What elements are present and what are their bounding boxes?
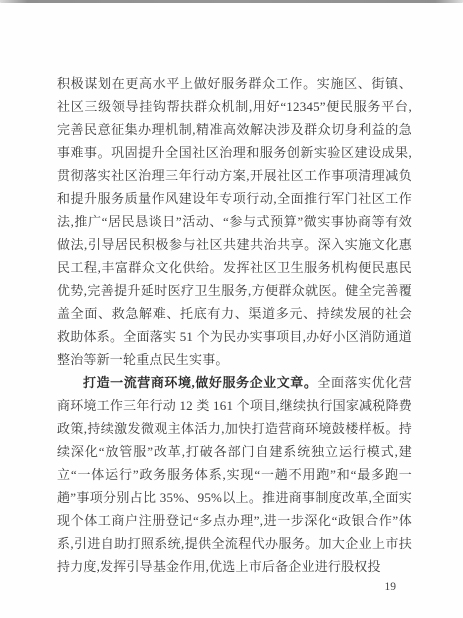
paragraph-bold-lead: 打造一流营商环境,做好服务企业文章。: [83, 375, 317, 390]
paragraph-body-text: 全面落实优化营商环境工作三年行动 12 类 161 个项目,继续执行国家减税降费…: [57, 375, 412, 574]
document-page: 积极谋划在更高水平上做好服务群众工作。实施区、街镇、社区三级领导挂钩帮扶群众机制…: [0, 0, 463, 618]
paragraph-serving-masses: 积极谋划在更高水平上做好服务群众工作。实施区、街镇、社区三级领导挂钩帮扶群众机制…: [57, 72, 412, 371]
page-number: 19: [57, 579, 412, 596]
paragraph-business-environment: 打造一流营商环境,做好服务企业文章。全面落实优化营商环境工作三年行动 12 类 …: [57, 371, 412, 578]
page-top-edge: [0, 0, 463, 3]
page-content: 积极谋划在更高水平上做好服务群众工作。实施区、街镇、社区三级领导挂钩帮扶群众机制…: [57, 72, 412, 596]
